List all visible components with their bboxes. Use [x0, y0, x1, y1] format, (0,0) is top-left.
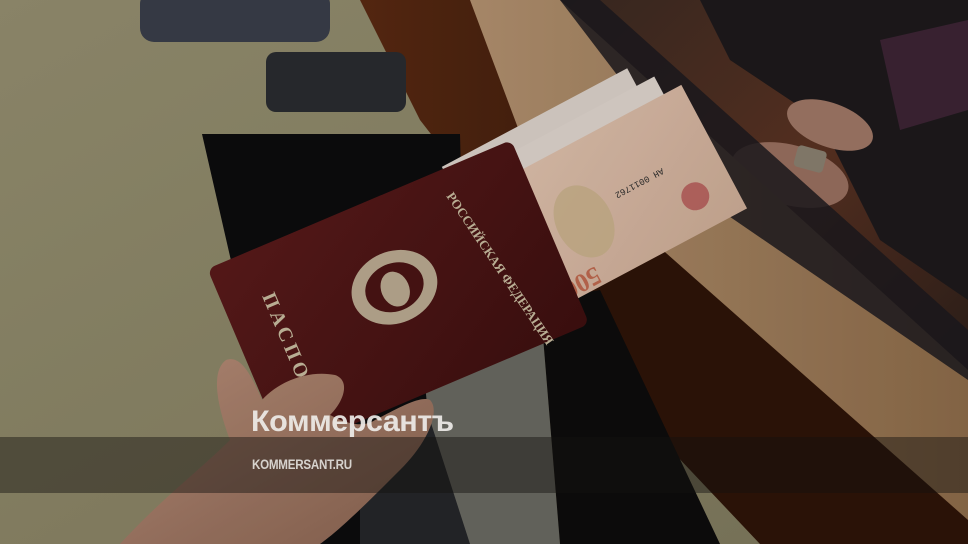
- watermark-brand: Коммерсантъ: [251, 405, 454, 439]
- watermark-site: KOMMERSANT.RU: [252, 457, 352, 472]
- news-photo: 5000 АН 0011762 ПАСПО РОССИЙСКАЯ ФЕДЕРАЦ…: [0, 0, 968, 544]
- watermark-band: [0, 437, 968, 493]
